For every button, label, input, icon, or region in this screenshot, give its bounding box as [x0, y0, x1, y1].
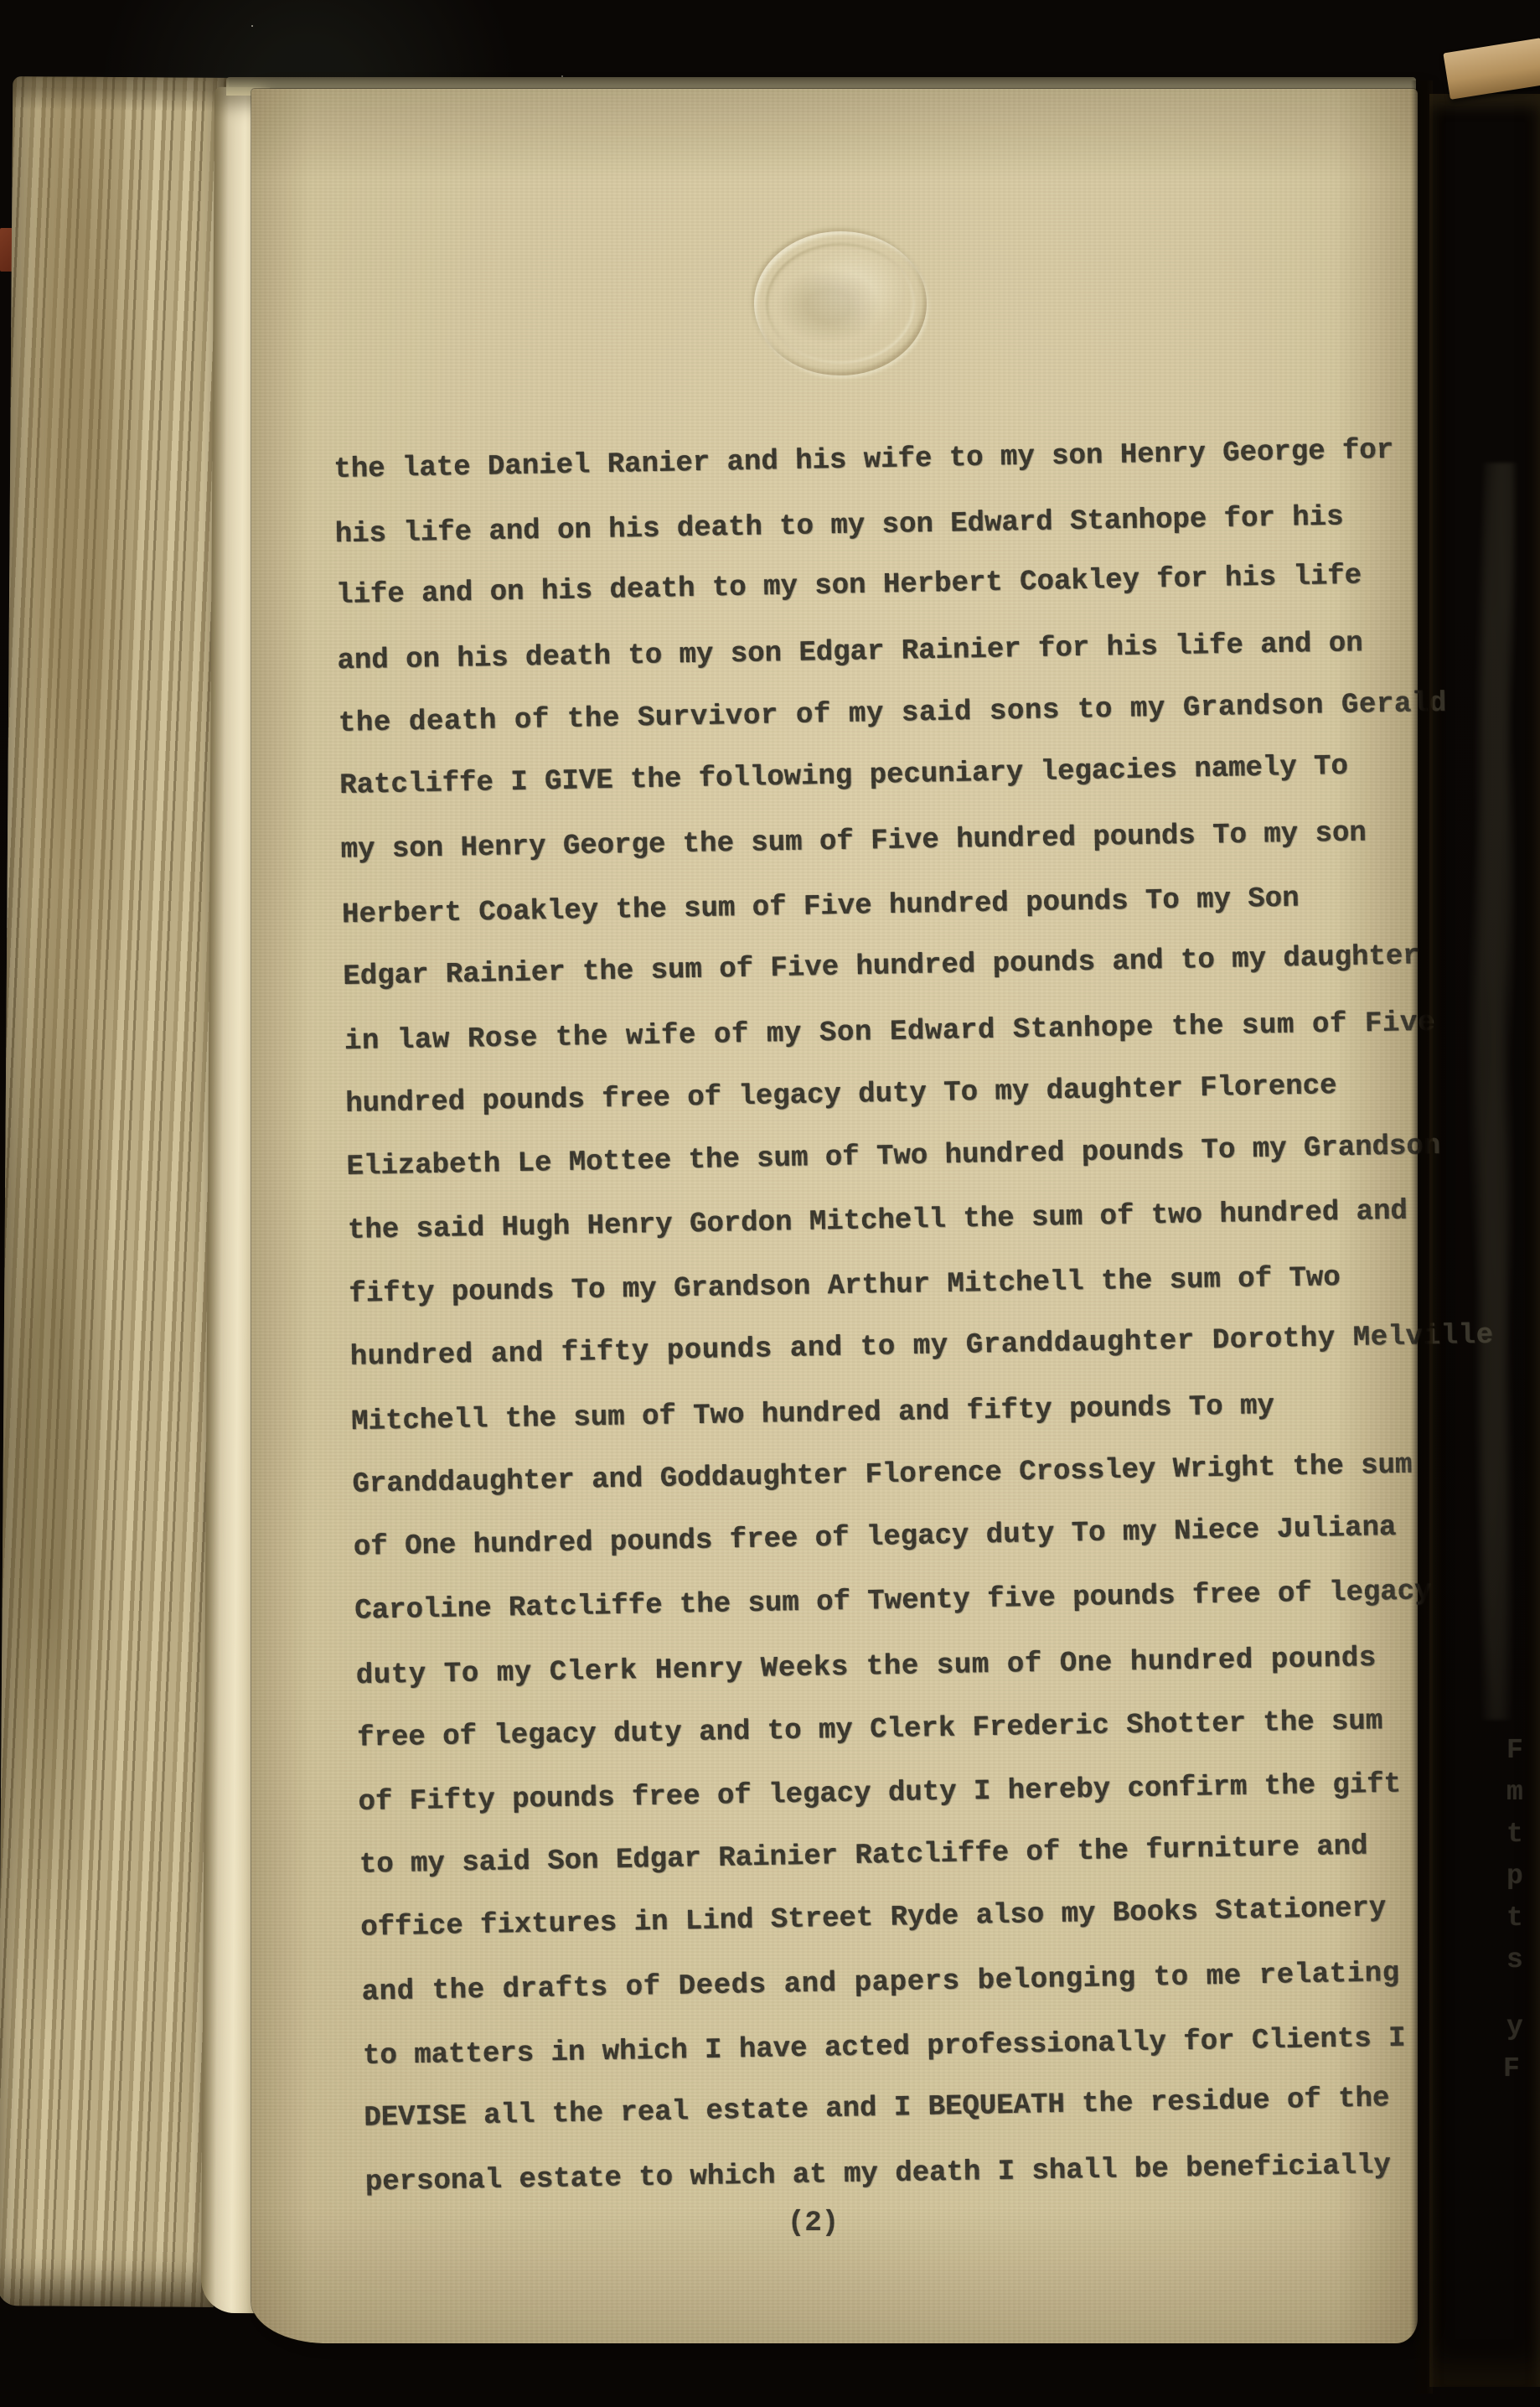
- facing-page-text-fragments: FmtptsyF: [1429, 94, 1540, 2387]
- fragment-letter: F: [1503, 2053, 1520, 2084]
- book-page-stack-edge: [0, 76, 229, 2307]
- embossed-crest-seal: [754, 231, 927, 375]
- fragment-letter: F: [1506, 1735, 1523, 1766]
- typewritten-text-block: the late Daniel Ranier and his wife to m…: [333, 431, 1455, 2227]
- binding-fragment: [1443, 38, 1540, 100]
- fragment-letter: t: [1506, 1819, 1523, 1850]
- fragment-letter: s: [1506, 1944, 1523, 1975]
- fragment-letter: m: [1506, 1777, 1523, 1808]
- book-photograph: the late Daniel Ranier and his wife to m…: [0, 0, 1540, 2407]
- dust-specks: [251, 25, 253, 27]
- facing-page-sliver: FmtptsyF: [1429, 94, 1540, 2387]
- page-number: (2): [788, 2208, 839, 2239]
- fragment-letter: p: [1506, 1861, 1523, 1892]
- fragment-letter: y: [1506, 2011, 1523, 2042]
- document-page: the late Daniel Ranier and his wife to m…: [251, 89, 1418, 2343]
- fragment-letter: t: [1506, 1902, 1523, 1933]
